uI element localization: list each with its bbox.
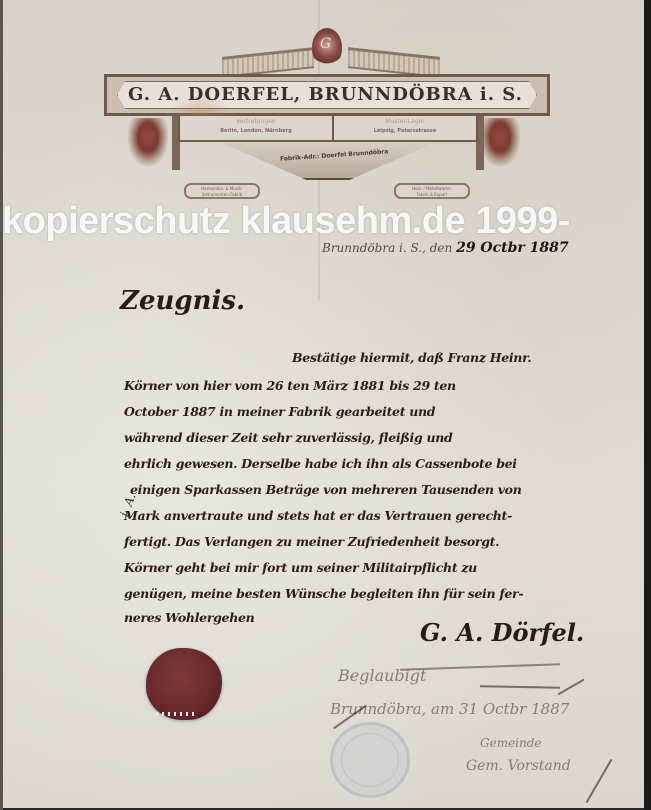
- body-line: Körner geht bei mir fort um seiner Milit…: [124, 560, 477, 575]
- body-line: October 1887 in meiner Fabrik gearbeitet…: [124, 404, 435, 419]
- certification-line-3: Gemeinde: [480, 736, 542, 750]
- crest-letter: G: [320, 36, 331, 52]
- lion-emblem-left-icon: [128, 118, 168, 166]
- body-line: Körner von hier vom 26 ten März 1881 bis…: [124, 378, 456, 393]
- body-line: während dieser Zeit sehr zuverlässig, fl…: [124, 430, 453, 445]
- panel-right-cities: Leipzig, Petersstrasse: [334, 128, 476, 134]
- wax-seal: [146, 648, 222, 720]
- body-line: fertigt. Das Verlangen zu meiner Zufried…: [124, 534, 499, 549]
- badge-right: Holz- / Metallwaren- Fabrik & Export: [394, 183, 470, 199]
- official-stamp: [330, 722, 410, 798]
- body-line: ehrlich gewesen. Derselbe habe ich ihn a…: [124, 456, 517, 471]
- certification-line-2: Brunndöbra, am 31 Octbr 1887: [330, 700, 569, 718]
- body-line: einigen Sparkassen Beträge von mehreren …: [130, 482, 522, 497]
- body-line: neres Wohlergehen: [124, 610, 254, 625]
- firm-name: G. A. DOERFEL, BRUNNDÖBRA i. S.: [0, 84, 651, 105]
- scan-right-edge: [644, 0, 651, 810]
- badge-left-line2: instrumenten-Fabrik: [186, 191, 258, 197]
- dateline-date: 29 Octbr 1887: [456, 240, 569, 256]
- badge-right-line2: Fabrik & Export: [396, 191, 468, 197]
- panel-left-heading: Vertretungen: [180, 118, 332, 125]
- panel-right: Muster-Lager Leipzig, Petersstrasse: [332, 116, 478, 142]
- signature: G. A. Dörfel.: [420, 618, 584, 647]
- body-line: Mark anvertraute und stets hat er das Ve…: [124, 508, 512, 523]
- certification-line-4: Gem. Vorstand: [466, 758, 571, 774]
- certification-line-1: Beglaubigt: [338, 666, 426, 685]
- dateline-place: Brunndöbra i. S., den: [322, 241, 452, 255]
- body-line: Bestätige hiermit, daß Franz Heinr.: [292, 350, 531, 365]
- lion-emblem-right-icon: [480, 118, 520, 166]
- document-title: Zeugnis.: [120, 286, 245, 316]
- body-line: genügen, meine besten Wünsche begleiten …: [124, 586, 523, 601]
- badge-left: Harmonika- & Musik- instrumenten-Fabrik: [184, 183, 260, 199]
- panel-left: Vertretungen Berlin, London, Nürnberg: [178, 116, 334, 142]
- copyright-watermark: kopierschutz klausehm.de 1999-: [2, 200, 570, 243]
- panel-right-heading: Muster-Lager: [334, 118, 476, 125]
- panel-left-cities: Berlin, London, Nürnberg: [180, 128, 332, 134]
- dateline: Brunndöbra i. S., den 29 Octbr 1887: [322, 240, 569, 256]
